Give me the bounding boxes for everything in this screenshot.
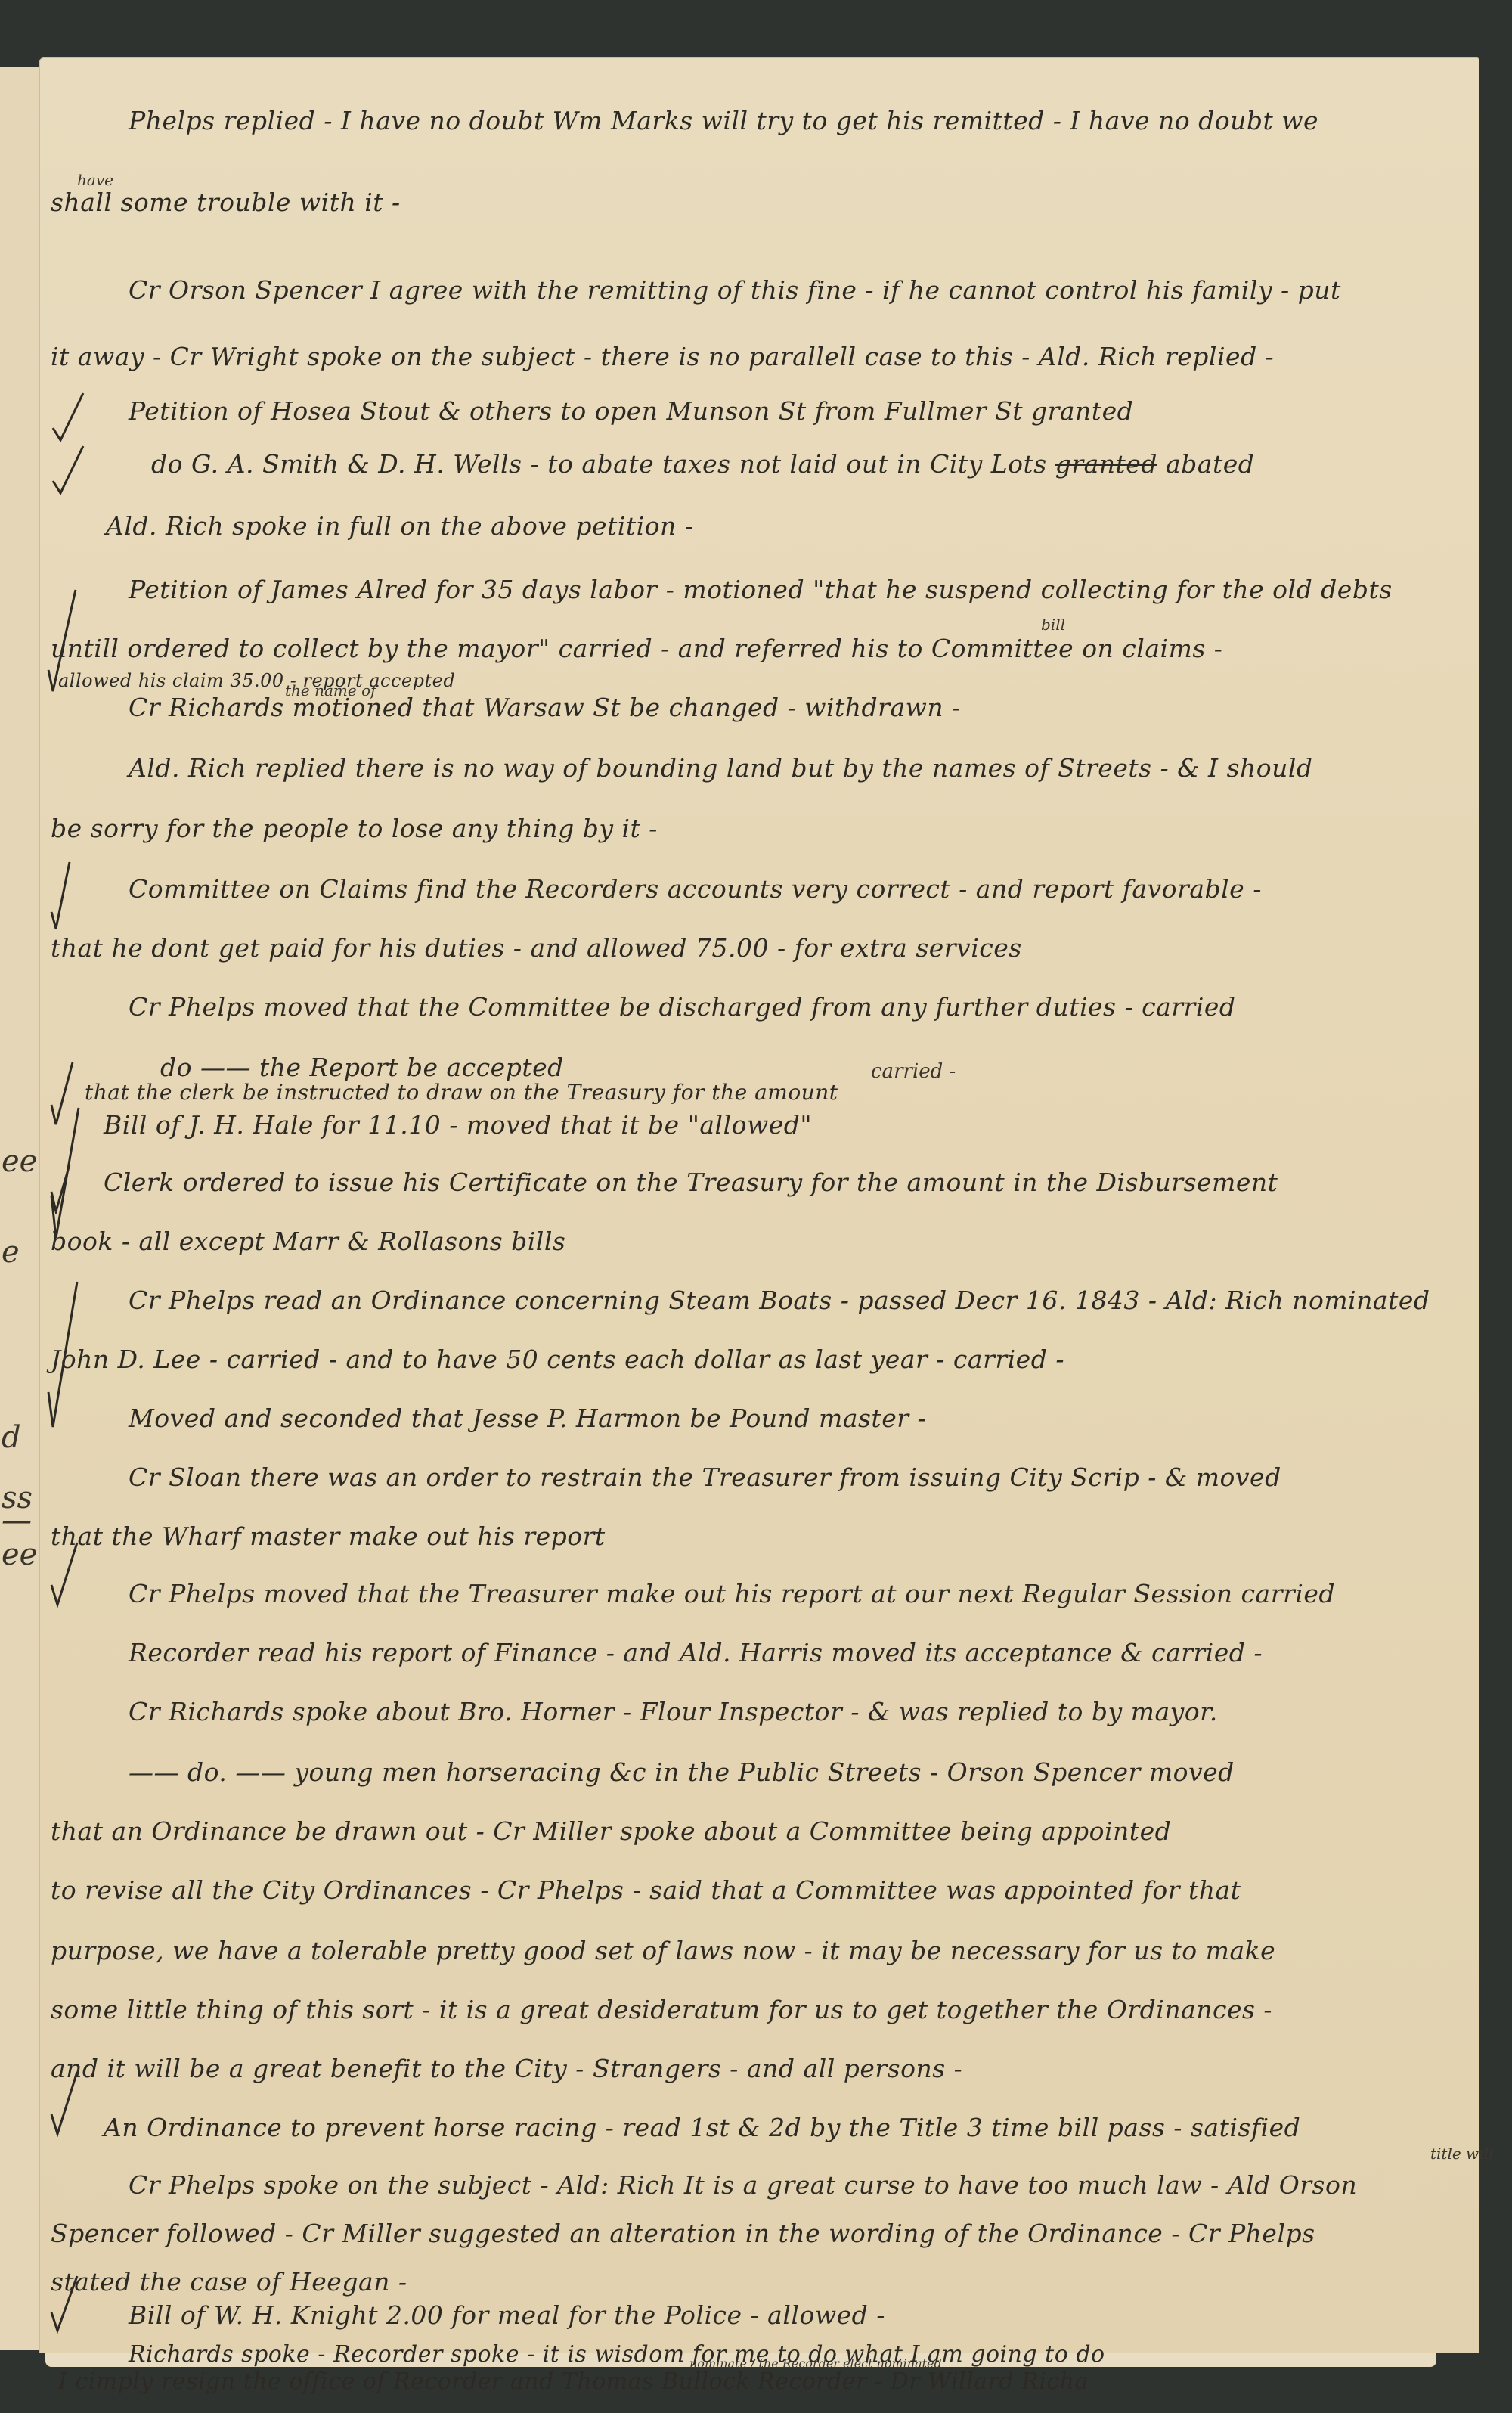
minutes-line: An Ordinance to prevent horse racing - r… — [104, 2113, 1300, 2142]
minutes-line: John D. Lee - carried - and to have 50 c… — [51, 1345, 1064, 1374]
minutes-line: do G. A. Smith & D. H. Wells - to abate … — [151, 449, 1254, 479]
minutes-line: stated the case of Heegan - — [51, 2267, 407, 2297]
line-text: An Ordinance to prevent horse racing - r… — [104, 2113, 1300, 2142]
minutes-line: and it will be a great benefit to the Ci… — [51, 2054, 962, 2083]
minutes-line: shall some trouble with it - — [51, 188, 401, 217]
checkmark-icon — [47, 1162, 92, 1214]
minutes-line: Cr Sloan there was an order to restrain … — [129, 1462, 1281, 1492]
minutes-line: Phelps replied - I have no doubt Wm Mark… — [129, 106, 1318, 135]
minutes-line: to revise all the City Ordinances - Cr P… — [51, 1875, 1241, 1905]
minutes-line: Cr Phelps moved that the Treasurer make … — [129, 1579, 1335, 1608]
manuscript-page: Phelps replied - I have no doubt Wm Mark… — [39, 57, 1479, 2353]
minutes-line: be sorry for the people to lose any thin… — [51, 814, 658, 843]
minutes-line: Spencer followed - Cr Miller suggested a… — [51, 2219, 1315, 2248]
minutes-line: Petition of James Alred for 35 days labo… — [129, 575, 1393, 604]
insertion-above: carried - — [871, 1060, 956, 1083]
minutes-line: that the clerk be instructed to draw on … — [85, 1080, 838, 1105]
struck-text: granted — [1055, 449, 1157, 479]
checkmark-icon — [48, 390, 94, 443]
minutes-line: it away - Cr Wright spoke on the subject… — [51, 342, 1274, 371]
minutes-line: I cimply resign the office of Recorder a… — [58, 2368, 1089, 2395]
left-page-fragment: e — [2, 1235, 20, 1270]
minutes-line: that the Wharf master make out his repor… — [51, 1521, 606, 1551]
line-text: Clerk ordered to issue his Certificate o… — [104, 1168, 1278, 1197]
correction-text: abated — [1166, 449, 1254, 479]
minutes-line: —— do. —— young men horseracing &c in th… — [129, 1757, 1235, 1787]
checkmark-icon — [48, 443, 94, 496]
minutes-line: untill ordered to collect by the mayor" … — [51, 634, 1222, 663]
minutes-line-insertion: allowed his claim 35.00 - report accepte… — [58, 670, 455, 691]
minutes-line: purpose, we have a tolerable pretty good… — [51, 1936, 1275, 1965]
minutes-line: Committee on Claims find the Recorders a… — [129, 874, 1262, 904]
left-page-fragment: ee — [2, 1144, 37, 1179]
minutes-line: Ald. Rich replied there is no way of bou… — [129, 753, 1313, 783]
minutes-line: Clerk ordered to issue his Certificate o… — [104, 1168, 1278, 1197]
left-page-fragment: — — [2, 1503, 32, 1538]
margin-insertion: title will — [1430, 2145, 1493, 2163]
minutes-line: Cr Orson Spencer I agree with the remitt… — [129, 275, 1341, 305]
minutes-line: Ald. Rich spoke in full on the above pet… — [106, 511, 693, 541]
minutes-line: Cr Richards spoke about Bro. Horner - Fl… — [129, 1697, 1218, 1726]
minutes-line: Richards spoke - Recorder spoke - it is … — [129, 2341, 1105, 2368]
minutes-line: Cr Phelps spoke on the subject - Ald: Ri… — [129, 2170, 1357, 2200]
left-page-fragment: d — [2, 1420, 21, 1455]
minutes-line: Petition of Hosea Stout & others to open… — [129, 396, 1133, 426]
insertion-above: have — [77, 171, 113, 189]
minutes-line: Bill of J. H. Hale for 11.10 - moved tha… — [104, 1110, 812, 1140]
minutes-line: that he dont get paid for his duties - a… — [51, 933, 1022, 963]
minutes-line: Moved and seconded that Jesse P. Harmon … — [129, 1403, 926, 1433]
insertion-above: bill — [1041, 616, 1065, 634]
minutes-line: Bill of W. H. Knight 2.00 for meal for t… — [129, 2300, 885, 2330]
minutes-line: Cr Richards motioned that Warsaw St be c… — [129, 693, 961, 722]
minutes-line: Cr Phelps read an Ordinance concerning S… — [129, 1286, 1430, 1315]
minutes-line: Recorder read his report of Finance - an… — [129, 1638, 1263, 1667]
line-text: do G. A. Smith & D. H. Wells - to abate … — [151, 449, 1047, 479]
minutes-line: some little thing of this sort - it is a… — [51, 1995, 1272, 2024]
minutes-line: do —— the Report be accepted — [160, 1053, 564, 1082]
checkmark-icon — [47, 859, 92, 931]
left-page-fragment: ee — [2, 1537, 37, 1572]
minutes-line: book - all except Marr & Rollasons bills — [51, 1227, 565, 1256]
minutes-line: that an Ordinance be drawn out - Cr Mill… — [51, 1816, 1171, 1846]
minutes-line: Cr Phelps moved that the Committee be di… — [129, 992, 1236, 1022]
